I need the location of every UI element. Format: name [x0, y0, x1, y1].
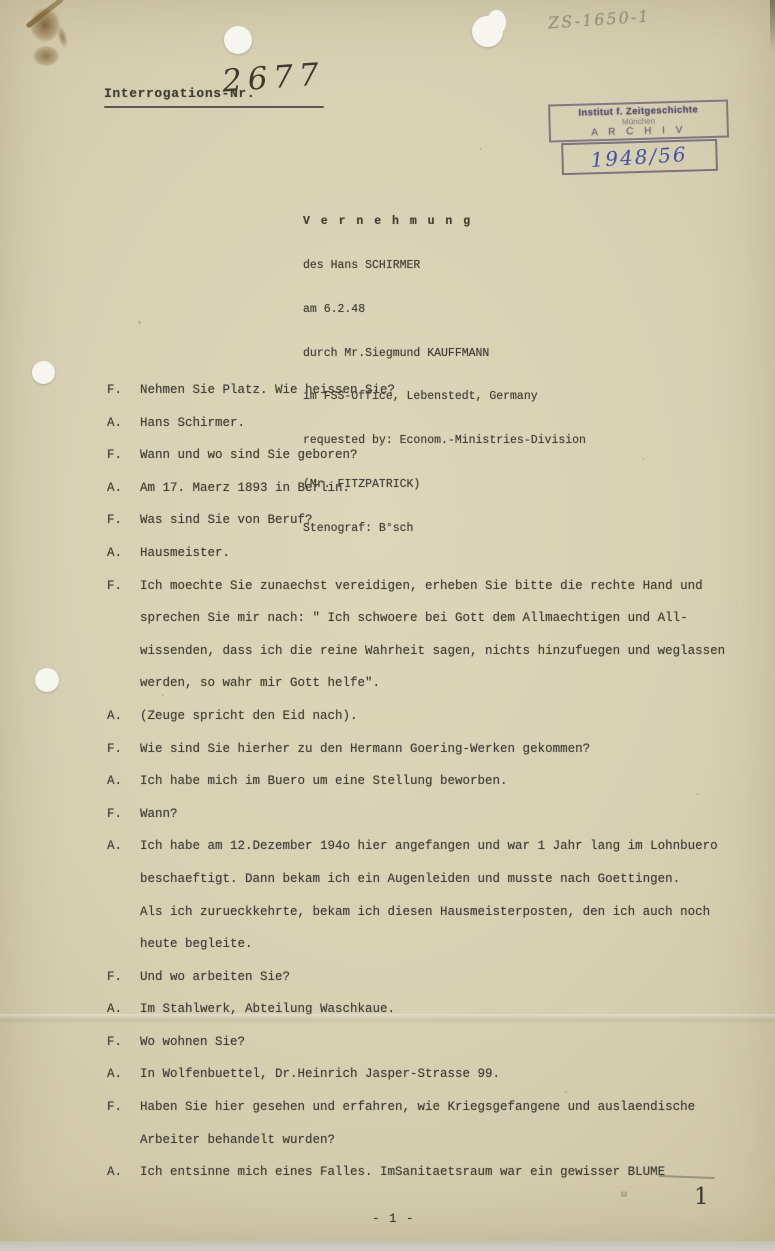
qa-text: Was sind Sie von Beruf? [140, 504, 313, 537]
qa-line: Nehmen Sie Platz. Wie heissen Sie? [140, 374, 395, 407]
qa-item: A.Ich habe am 12.Dezember 194o hier ange… [107, 830, 725, 960]
qa-item: F.Wo wohnen Sie? [107, 1026, 725, 1059]
interrogation-number-handwritten: 2677 [221, 56, 326, 99]
qa-line: Ich entsinne mich eines Falles. ImSanita… [140, 1156, 665, 1189]
punch-hole-left-upper [32, 361, 55, 384]
qa-line: Wie sind Sie hierher zu den Hermann Goer… [140, 733, 590, 766]
qa-text: Am 17. Maerz 1893 in Berlin. [140, 472, 350, 505]
qa-text: Haben Sie hier gesehen und erfahren, wie… [140, 1091, 695, 1156]
qa-line: Wann? [140, 798, 178, 831]
qa-line: In Wolfenbuettel, Dr.Heinrich Jasper-Str… [140, 1058, 500, 1091]
punch-hole-top-left [224, 26, 252, 54]
qa-text: Wann und wo sind Sie geboren? [140, 439, 358, 472]
qa-text: Wo wohnen Sie? [140, 1026, 245, 1059]
qa-line: (Zeuge spricht den Eid nach). [140, 700, 358, 733]
speaker-marker: F. [107, 570, 140, 700]
qa-line: Was sind Sie von Beruf? [140, 504, 313, 537]
qa-item: A.In Wolfenbuettel, Dr.Heinrich Jasper-S… [107, 1058, 725, 1091]
qa-text: Ich moechte Sie zunaechst vereidigen, er… [140, 570, 725, 700]
qa-item: F.Und wo arbeiten Sie? [107, 961, 725, 994]
qa-item: F.Was sind Sie von Beruf? [107, 504, 725, 537]
speaker-marker: F. [107, 733, 140, 766]
speaker-marker: A. [107, 407, 140, 440]
qa-text: Hans Schirmer. [140, 407, 245, 440]
qa-line: werden, so wahr mir Gott helfe". [140, 667, 725, 700]
qa-item: F.Nehmen Sie Platz. Wie heissen Sie? [107, 374, 725, 407]
qa-text: Nehmen Sie Platz. Wie heissen Sie? [140, 374, 395, 407]
qa-text: In Wolfenbuettel, Dr.Heinrich Jasper-Str… [140, 1058, 500, 1091]
speaker-marker: F. [107, 374, 140, 407]
speaker-marker: A. [107, 1058, 140, 1091]
qa-line: Ich habe mich im Buero um eine Stellung … [140, 765, 508, 798]
qa-text: Ich habe am 12.Dezember 194o hier angefa… [140, 830, 718, 960]
qa-item: A.Ich habe mich im Buero um eine Stellun… [107, 765, 725, 798]
stamped-page-number: 1 [694, 1184, 709, 1210]
speaker-marker: F. [107, 961, 140, 994]
scan-edge-shadow [770, 0, 775, 52]
qa-text: Ich entsinne mich eines Falles. ImSanita… [140, 1156, 665, 1189]
speaker-marker: A. [107, 472, 140, 505]
speaker-marker: A. [107, 830, 140, 960]
qa-line: heute begleite. [140, 928, 718, 961]
header-interrogator: durch Mr.Siegmund KAUFFMANN [303, 347, 586, 362]
rust-stain-small [55, 25, 69, 49]
pencil-archive-signature: ZS-1650-1 [547, 6, 650, 32]
interrogation-underline [104, 106, 324, 108]
qa-line: Ich habe am 12.Dezember 194o hier angefa… [140, 830, 718, 863]
qa-text: (Zeuge spricht den Eid nach). [140, 700, 358, 733]
qa-line: Und wo arbeiten Sie? [140, 961, 290, 994]
header-date: am 6.2.48 [303, 303, 586, 318]
qa-item: F.Wie sind Sie hierher zu den Hermann Go… [107, 733, 725, 766]
qa-item: A.Am 17. Maerz 1893 in Berlin. [107, 472, 725, 505]
qa-item: A.Hans Schirmer. [107, 407, 725, 440]
qa-item: F.Ich moechte Sie zunaechst vereidigen, … [107, 570, 725, 700]
qa-item: F.Wann und wo sind Sie geboren? [107, 439, 725, 472]
qa-text: Wann? [140, 798, 178, 831]
header-subject: des Hans SCHIRMER [303, 259, 586, 274]
qa-item: F.Wann? [107, 798, 725, 831]
speaker-marker: F. [107, 1026, 140, 1059]
qa-line: sprechen Sie mir nach: " Ich schwoere be… [140, 602, 725, 635]
speaker-marker: A. [107, 700, 140, 733]
qa-item: A.Ich entsinne mich eines Falles. ImSani… [107, 1156, 725, 1189]
scanner-background-strip [0, 1241, 775, 1251]
punch-hole-top-right [472, 16, 503, 47]
small-pencil-mark: м [621, 1190, 627, 1201]
qa-item: A.Hausmeister. [107, 537, 725, 570]
speaker-marker: A. [107, 1156, 140, 1189]
qa-line: Als ich zurueckkehrte, bekam ich diesen … [140, 896, 718, 929]
qa-line: Wann und wo sind Sie geboren? [140, 439, 358, 472]
qa-text: Hausmeister. [140, 537, 230, 570]
qa-line: Arbeiter behandelt wurden? [140, 1124, 695, 1157]
speaker-marker: F. [107, 504, 140, 537]
speaker-marker: A. [107, 765, 140, 798]
fold-crease [0, 1014, 775, 1023]
qa-item: F.Haben Sie hier gesehen und erfahren, w… [107, 1091, 725, 1156]
qa-list: F.Nehmen Sie Platz. Wie heissen Sie?A.Ha… [107, 374, 725, 1189]
speaker-marker: F. [107, 439, 140, 472]
qa-item: A.(Zeuge spricht den Eid nach). [107, 700, 725, 733]
qa-line: Am 17. Maerz 1893 in Berlin. [140, 472, 350, 505]
speaker-marker: A. [107, 537, 140, 570]
accession-number-handwritten: 1948/56 [590, 142, 688, 172]
qa-line: Ich moechte Sie zunaechst vereidigen, er… [140, 570, 725, 603]
rust-stain-lower [33, 46, 59, 66]
qa-line: beschaeftigt. Dann bekam ich ein Augenle… [140, 863, 718, 896]
scanned-paper-sheet: ZS-1650-1 Interrogations-Nr. 2677 Instit… [0, 0, 775, 1241]
speaker-marker: F. [107, 798, 140, 831]
punch-hole-left-lower [35, 668, 59, 692]
qa-line: Hausmeister. [140, 537, 230, 570]
qa-line: Haben Sie hier gesehen und erfahren, wie… [140, 1091, 695, 1124]
typed-page-number: - 1 - [372, 1212, 415, 1226]
qa-text: Ich habe mich im Buero um eine Stellung … [140, 765, 508, 798]
accession-number-box: 1948/56 [561, 139, 718, 175]
qa-line: Wo wohnen Sie? [140, 1026, 245, 1059]
qa-line: wissenden, dass ich die reine Wahrheit s… [140, 635, 725, 668]
qa-line: Hans Schirmer. [140, 407, 245, 440]
qa-text: Und wo arbeiten Sie? [140, 961, 290, 994]
speaker-marker: F. [107, 1091, 140, 1156]
header-title: V e r n e h m u n g [303, 215, 586, 230]
archive-stamp-box: Institut f. Zeitgeschichte München A R C… [548, 100, 729, 143]
archive-stamp: Institut f. Zeitgeschichte München A R C… [548, 100, 730, 176]
qa-text: Wie sind Sie hierher zu den Hermann Goer… [140, 733, 590, 766]
